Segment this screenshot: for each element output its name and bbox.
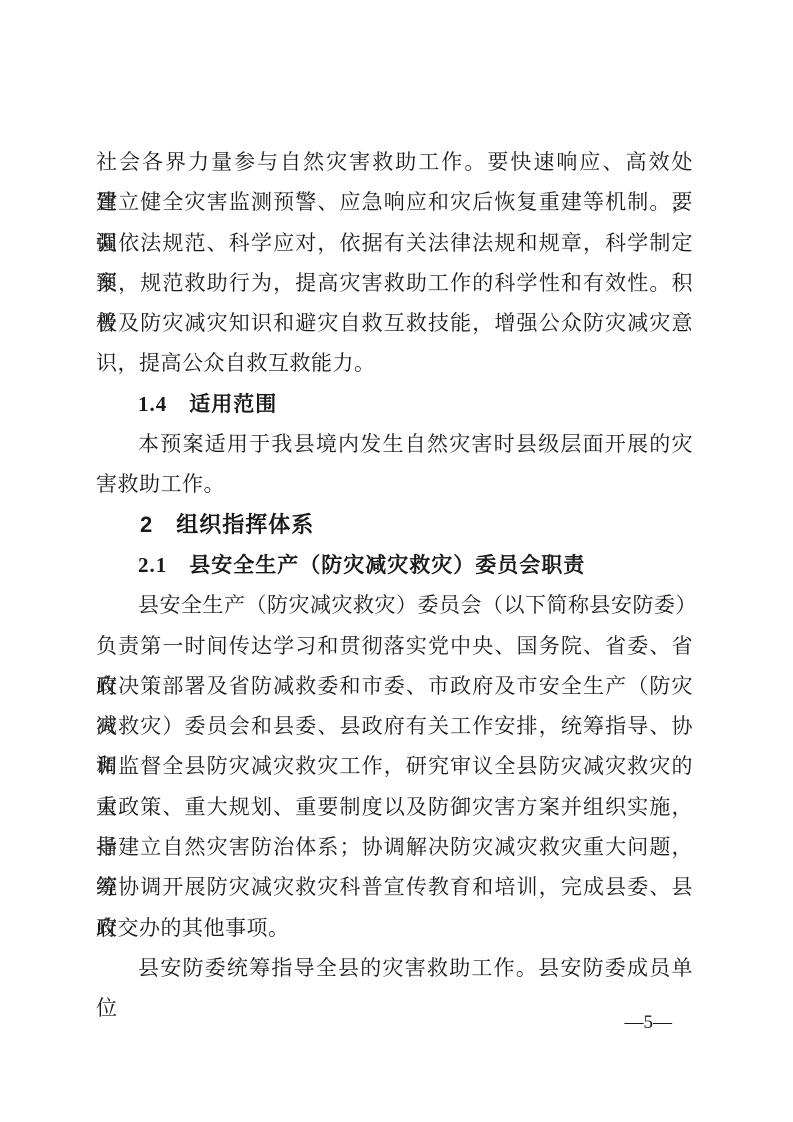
- document-body: 社会各界力量参与自然灾害救助工作。要快速响应、高效处置， 建立健全灾害监测预警、…: [96, 142, 693, 988]
- body-line: 筹协调开展防灾减灾救灾科普宣传教育和培训，完成县委、县政: [96, 867, 693, 907]
- body-line: 导建立自然灾害防治体系；协调解决防灾减灾救灾重大问题，统: [96, 827, 693, 867]
- body-line: 识，提高公众自救互救能力。: [96, 343, 693, 383]
- page-number: —5—: [96, 1008, 672, 1038]
- body-line: 害救助工作。: [96, 464, 693, 504]
- body-line: 建立健全灾害监测预警、应急响应和灾后恢复重建等机制。要强: [96, 182, 693, 222]
- body-line: 府交办的其他事项。: [96, 908, 693, 948]
- body-line: 调依法规范、科学应对，依据有关法律法规和规章，科学制定预: [96, 223, 693, 263]
- document-page: 社会各界力量参与自然灾害救助工作。要快速响应、高效处置， 建立健全灾害监测预警、…: [0, 0, 793, 1122]
- body-line: 普及防灾减灾知识和避灾自救互救技能，增强公众防灾减灾意: [96, 303, 693, 343]
- body-line: 社会各界力量参与自然灾害救助工作。要快速响应、高效处置，: [96, 142, 693, 182]
- body-line: 和监督全县防灾减灾救灾工作，研究审议全县防灾减灾救灾的重: [96, 746, 693, 786]
- body-line: 负责第一时间传达学习和贯彻落实党中央、国务院、省委、省政: [96, 626, 693, 666]
- body-line: 本预案适用于我县境内发生自然灾害时县级层面开展的灾: [96, 424, 693, 464]
- body-line: 案，规范救助行为，提高灾害救助工作的科学性和有效性。积极: [96, 263, 693, 303]
- body-line: 县安防委统筹指导全县的灾害救助工作。县安防委成员单位: [96, 948, 693, 988]
- section-heading-2: 2 组织指挥体系: [96, 505, 693, 545]
- body-line: 县安全生产（防灾减灾救灾）委员会（以下简称县安防委）: [96, 585, 693, 625]
- subsection-heading-2-1: 2.1 县安全生产（防灾减灾救灾）委员会职责: [96, 545, 693, 585]
- body-line: 大政策、重大规划、重要制度以及防御灾害方案并组织实施，指: [96, 787, 693, 827]
- body-line: 府决策部署及省防减救委和市委、市政府及市安全生产（防灾减: [96, 666, 693, 706]
- subsection-heading-1-4: 1.4 适用范围: [96, 384, 693, 424]
- body-line: 灾救灾）委员会和县委、县政府有关工作安排，统筹指导、协调: [96, 706, 693, 746]
